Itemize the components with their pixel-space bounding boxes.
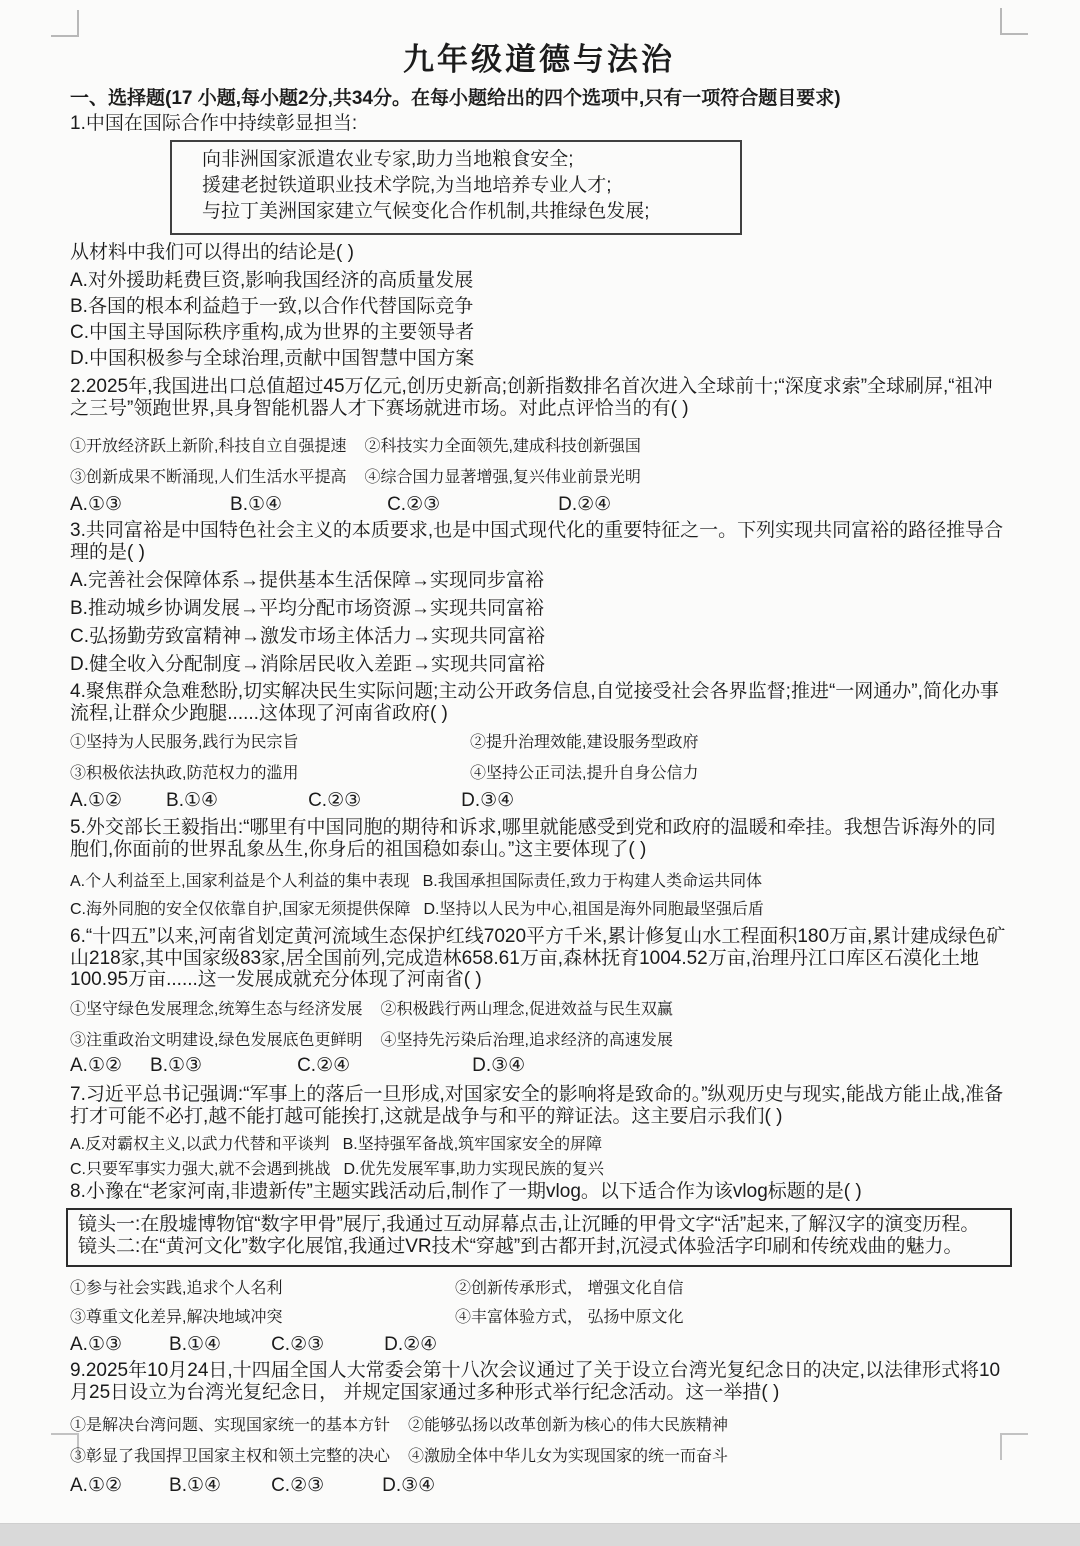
question-2: 2.2025年,我国进出口总值超过45万亿元,创历史新高;创新指数排名首次进入全… <box>70 376 1008 516</box>
q4-statement-1: ①坚持为人民服务,践行为民宗旨 <box>70 729 470 752</box>
q2-statement-3: ③创新成果不断涌现,人们生活水平提高 <box>70 464 346 487</box>
q8-statement-4: ④丰富体验方式， 弘扬中原文化 <box>455 1304 683 1327</box>
q8-answer-d: D.②④ <box>384 1333 437 1356</box>
q6-answer-b: B.①③ <box>150 1054 202 1077</box>
q6-answer-c: C.②④ <box>297 1054 350 1077</box>
q7-stem: 7.习近平总书记强调:“军事上的落后一旦形成,对国家安全的影响将是致命的。”纵观… <box>70 1084 1008 1128</box>
q3-option-b: B.推动城乡协调发展→平均分配市场资源→实现共同富裕 <box>70 598 1008 620</box>
q9-statement-row: ①是解决台湾问题、实现国家统一的基本方针 ②能够弘扬以改革创新为核心的伟大民族精… <box>70 1412 1008 1435</box>
q1-material-box: 向非洲国家派遣农业专家,助力当地粮食安全; 援建老挝铁道职业技术学院,为当地培养… <box>170 140 742 235</box>
q6-answer-row: A.①② B.①③ C.②④ D.③④ <box>70 1054 1008 1077</box>
page-title: 九年级道德与法治 <box>70 42 1008 78</box>
q8-material-scene-2: 镜头二:在“黄河文化”数字化展馆,我通过VR技术“穿越”到古都开封,沉浸式体验活… <box>78 1236 1000 1259</box>
q9-statement-row: ③彰显了我国捍卫国家主权和领土完整的决心 ④激励全体中华儿女为实现国家的统一而奋… <box>70 1443 1008 1466</box>
q5-stem: 5.外交部长王毅指出:“哪里有中国同胞的期待和诉求,哪里就能感受到党和政府的温暖… <box>70 817 1008 861</box>
q7-option-row: A.反对霸权主义,以武力代替和平谈判 B.坚持强军备战,筑牢国家安全的屏障 <box>70 1131 1008 1154</box>
q6-answer-a: A.①② <box>70 1054 122 1077</box>
q8-answer-b: B.①④ <box>169 1333 221 1356</box>
q6-statement-3: ③注重政治文明建设,绿色发展底色更鲜明 <box>70 1027 362 1050</box>
question-8: 8.小豫在“老家河南,非遗新传”主题实践活动后,制作了一期vlog。以下适合作为… <box>70 1181 1008 1356</box>
q9-statement-1: ①是解决台湾问题、实现国家统一的基本方针 <box>70 1412 390 1435</box>
scan-edge-strip <box>0 1523 1080 1546</box>
q4-stem: 4.聚焦群众急难愁盼,切实解决民生实际问题;主动公开政务信息,自觉接受社会各界监… <box>70 681 1008 725</box>
q9-answer-c: C.②③ <box>271 1474 324 1497</box>
q9-stem: 9.2025年10月24日,十四届全国人大常委会第十八次会议通过了关于设立台湾光… <box>70 1360 1008 1404</box>
question-1: 1.中国在国际合作中持续彰显担当: 向非洲国家派遣农业专家,助力当地粮食安全; … <box>70 113 1008 370</box>
q2-answer-row: A.①③ B.①④ C.②③ D.②④ <box>70 493 1008 516</box>
q9-answer-a: A.①② <box>70 1474 122 1497</box>
q4-answer-row: A.①② B.①④ C.②③ D.③④ <box>70 789 1008 812</box>
q9-statement-4: ④激励全体中华儿女为实现国家的统一而奋斗 <box>408 1443 728 1466</box>
q1-option-a: A.对外援助耗费巨资,影响我国经济的高质量发展 <box>70 270 1008 292</box>
q9-statement-2: ②能够弘扬以改革创新为核心的伟大民族精神 <box>408 1412 728 1435</box>
q8-statement-row: ①参与社会实践,追求个人名利 ②创新传承形式， 增强文化自信 <box>70 1275 1008 1298</box>
q1-option-d: D.中国积极参与全球治理,贡献中国智慧中国方案 <box>70 348 1008 370</box>
q7-option-b: B.坚持强军备战,筑牢国家安全的屏障 <box>343 1131 603 1154</box>
q4-statement-4: ④坚持公正司法,提升自身公信力 <box>470 760 698 783</box>
q7-option-row: C.只要军事实力强大,就不会遇到挑战 D.优先发展军事,助力实现民族的复兴 <box>70 1156 1008 1179</box>
q8-material-scene-1: 镜头一:在殷墟博物馆“数字甲骨”展厅,我通过互动屏幕点击,让沉睡的甲骨文字“活”… <box>78 1214 1000 1237</box>
q1-lead: 从材料中我们可以得出的结论是( ) <box>70 242 1008 264</box>
q4-answer-b: B.①④ <box>166 789 218 812</box>
q2-statement-1: ①开放经济跃上新阶,科技自立自强提速 <box>70 433 346 456</box>
exam-page: 九年级道德与法治 一、选择题(17 小题,每小题2分,共34分。在每小题给出的四… <box>0 0 1080 1546</box>
q2-statement-2: ②科技实力全面领先,建成科技创新强国 <box>364 433 640 456</box>
question-9: 9.2025年10月24日,十四届全国人大常委会第十八次会议通过了关于设立台湾光… <box>70 1360 1008 1497</box>
q2-statement-row: ①开放经济跃上新阶,科技自立自强提速 ②科技实力全面领先,建成科技创新强国 <box>70 433 1008 456</box>
q2-answer-b: B.①④ <box>230 493 282 516</box>
q6-answer-d: D.③④ <box>472 1054 525 1077</box>
q1-option-b: B.各国的根本利益趋于一致,以合作代替国际竞争 <box>70 296 1008 318</box>
q5-option-row: C.海外同胞的安全仅依靠自护,国家无须提供保障 D.坚持以人民为中心,祖国是海外… <box>70 896 1008 919</box>
q3-stem: 3.共同富裕是中国特色社会主义的本质要求,也是中国式现代化的重要特征之一。下列实… <box>70 520 1008 564</box>
question-4: 4.聚焦群众急难愁盼,切实解决民生实际问题;主动公开政务信息,自觉接受社会各界监… <box>70 681 1008 812</box>
q8-answer-c: C.②③ <box>271 1333 324 1356</box>
q1-material-line: 向非洲国家派遣农业专家,助力当地粮食安全; <box>202 147 730 173</box>
q2-statement-row: ③创新成果不断涌现,人们生活水平提高 ④综合国力显著增强,复兴伟业前景光明 <box>70 464 1008 487</box>
q8-statement-2: ②创新传承形式， 增强文化自信 <box>455 1275 683 1298</box>
q7-option-c: C.只要军事实力强大,就不会遇到挑战 <box>70 1156 330 1179</box>
q6-stem: 6.“十四五”以来,河南省划定黄河流域生态保护红线7020平方千米,累计修复山水… <box>70 926 1008 991</box>
q5-option-b: B.我国承担国际责任,致力于构建人类命运共同体 <box>423 868 763 891</box>
question-6: 6.“十四五”以来,河南省划定黄河流域生态保护红线7020平方千米,累计修复山水… <box>70 926 1008 1077</box>
q5-option-d: D.坚持以人民为中心,祖国是海外同胞最坚强后盾 <box>423 896 763 919</box>
q6-statement-4: ④坚持先污染后治理,追求经济的高速发展 <box>380 1027 672 1050</box>
q3-option-c: C.弘扬勤劳致富精神→激发市场主体活力→实现共同富裕 <box>70 626 1008 648</box>
q4-statement-3: ③积极依法执政,防范权力的滥用 <box>70 760 470 783</box>
q6-statement-2: ②积极践行两山理念,促进效益与民生双赢 <box>380 996 672 1019</box>
q4-answer-c: C.②③ <box>308 789 361 812</box>
q2-answer-a: A.①③ <box>70 493 122 516</box>
q1-material-line: 与拉丁美洲国家建立气候变化合作机制,共推绿色发展; <box>202 199 730 225</box>
q9-answer-d: D.③④ <box>382 1474 435 1497</box>
q6-statement-row: ①坚守绿色发展理念,统筹生态与经济发展 ②积极践行两山理念,促进效益与民生双赢 <box>70 996 1008 1019</box>
question-3: 3.共同富裕是中国特色社会主义的本质要求,也是中国式现代化的重要特征之一。下列实… <box>70 520 1008 676</box>
q8-statement-3: ③尊重文化差异,解决地域冲突 <box>70 1304 455 1327</box>
q1-material-line: 援建老挝铁道职业技术学院,为当地培养专业人才; <box>202 173 730 199</box>
q8-statement-1: ①参与社会实践,追求个人名利 <box>70 1275 455 1298</box>
question-5: 5.外交部长王毅指出:“哪里有中国同胞的期待和诉求,哪里就能感受到党和政府的温暖… <box>70 817 1008 919</box>
q1-option-c: C.中国主导国际秩序重构,成为世界的主要领导者 <box>70 322 1008 344</box>
q7-option-d: D.优先发展军事,助力实现民族的复兴 <box>343 1156 603 1179</box>
q2-stem: 2.2025年,我国进出口总值超过45万亿元,创历史新高;创新指数排名首次进入全… <box>70 376 1008 420</box>
q7-option-a: A.反对霸权主义,以武力代替和平谈判 <box>70 1131 330 1154</box>
exam-content: 九年级道德与法治 一、选择题(17 小题,每小题2分,共34分。在每小题给出的四… <box>70 0 1008 1497</box>
question-7: 7.习近平总书记强调:“军事上的落后一旦形成,对国家安全的影响将是致命的。”纵观… <box>70 1084 1008 1179</box>
q2-answer-c: C.②③ <box>387 493 440 516</box>
q8-answer-row: A.①③ B.①④ C.②③ D.②④ <box>70 1333 1008 1356</box>
q9-answer-row: A.①② B.①④ C.②③ D.③④ <box>70 1474 1008 1497</box>
q8-stem: 8.小豫在“老家河南,非遗新传”主题实践活动后,制作了一期vlog。以下适合作为… <box>70 1181 1008 1203</box>
q4-statement-row: ①坚持为人民服务,践行为民宗旨 ②提升治理效能,建设服务型政府 <box>70 729 1008 752</box>
q5-option-row: A.个人利益至上,国家利益是个人利益的集中表现 B.我国承担国际责任,致力于构建… <box>70 868 1008 891</box>
q1-stem: 1.中国在国际合作中持续彰显担当: <box>70 113 1008 135</box>
q6-statement-row: ③注重政治文明建设,绿色发展底色更鲜明 ④坚持先污染后治理,追求经济的高速发展 <box>70 1027 1008 1050</box>
q8-material-box: 镜头一:在殷墟博物馆“数字甲骨”展厅,我通过互动屏幕点击,让沉睡的甲骨文字“活”… <box>66 1208 1012 1267</box>
q8-statement-row: ③尊重文化差异,解决地域冲突 ④丰富体验方式， 弘扬中原文化 <box>70 1304 1008 1327</box>
q2-answer-d: D.②④ <box>558 493 611 516</box>
q8-answer-a: A.①③ <box>70 1333 122 1356</box>
q3-option-a: A.完善社会保障体系→提供基本生活保障→实现同步富裕 <box>70 570 1008 592</box>
q4-answer-d: D.③④ <box>461 789 514 812</box>
q9-statement-3: ③彰显了我国捍卫国家主权和领土完整的决心 <box>70 1443 390 1466</box>
q5-option-c: C.海外同胞的安全仅依靠自护,国家无须提供保障 <box>70 896 410 919</box>
q4-statement-row: ③积极依法执政,防范权力的滥用 ④坚持公正司法,提升自身公信力 <box>70 760 1008 783</box>
q2-statement-4: ④综合国力显著增强,复兴伟业前景光明 <box>364 464 640 487</box>
section-heading: 一、选择题(17 小题,每小题2分,共34分。在每小题给出的四个选项中,只有一项… <box>70 87 1008 110</box>
q4-answer-a: A.①② <box>70 789 122 812</box>
q3-option-d: D.健全收入分配制度→消除居民收入差距→实现共同富裕 <box>70 654 1008 676</box>
q6-statement-1: ①坚守绿色发展理念,统筹生态与经济发展 <box>70 996 362 1019</box>
q4-statement-2: ②提升治理效能,建设服务型政府 <box>470 729 698 752</box>
q5-option-a: A.个人利益至上,国家利益是个人利益的集中表现 <box>70 868 410 891</box>
q9-answer-b: B.①④ <box>169 1474 221 1497</box>
